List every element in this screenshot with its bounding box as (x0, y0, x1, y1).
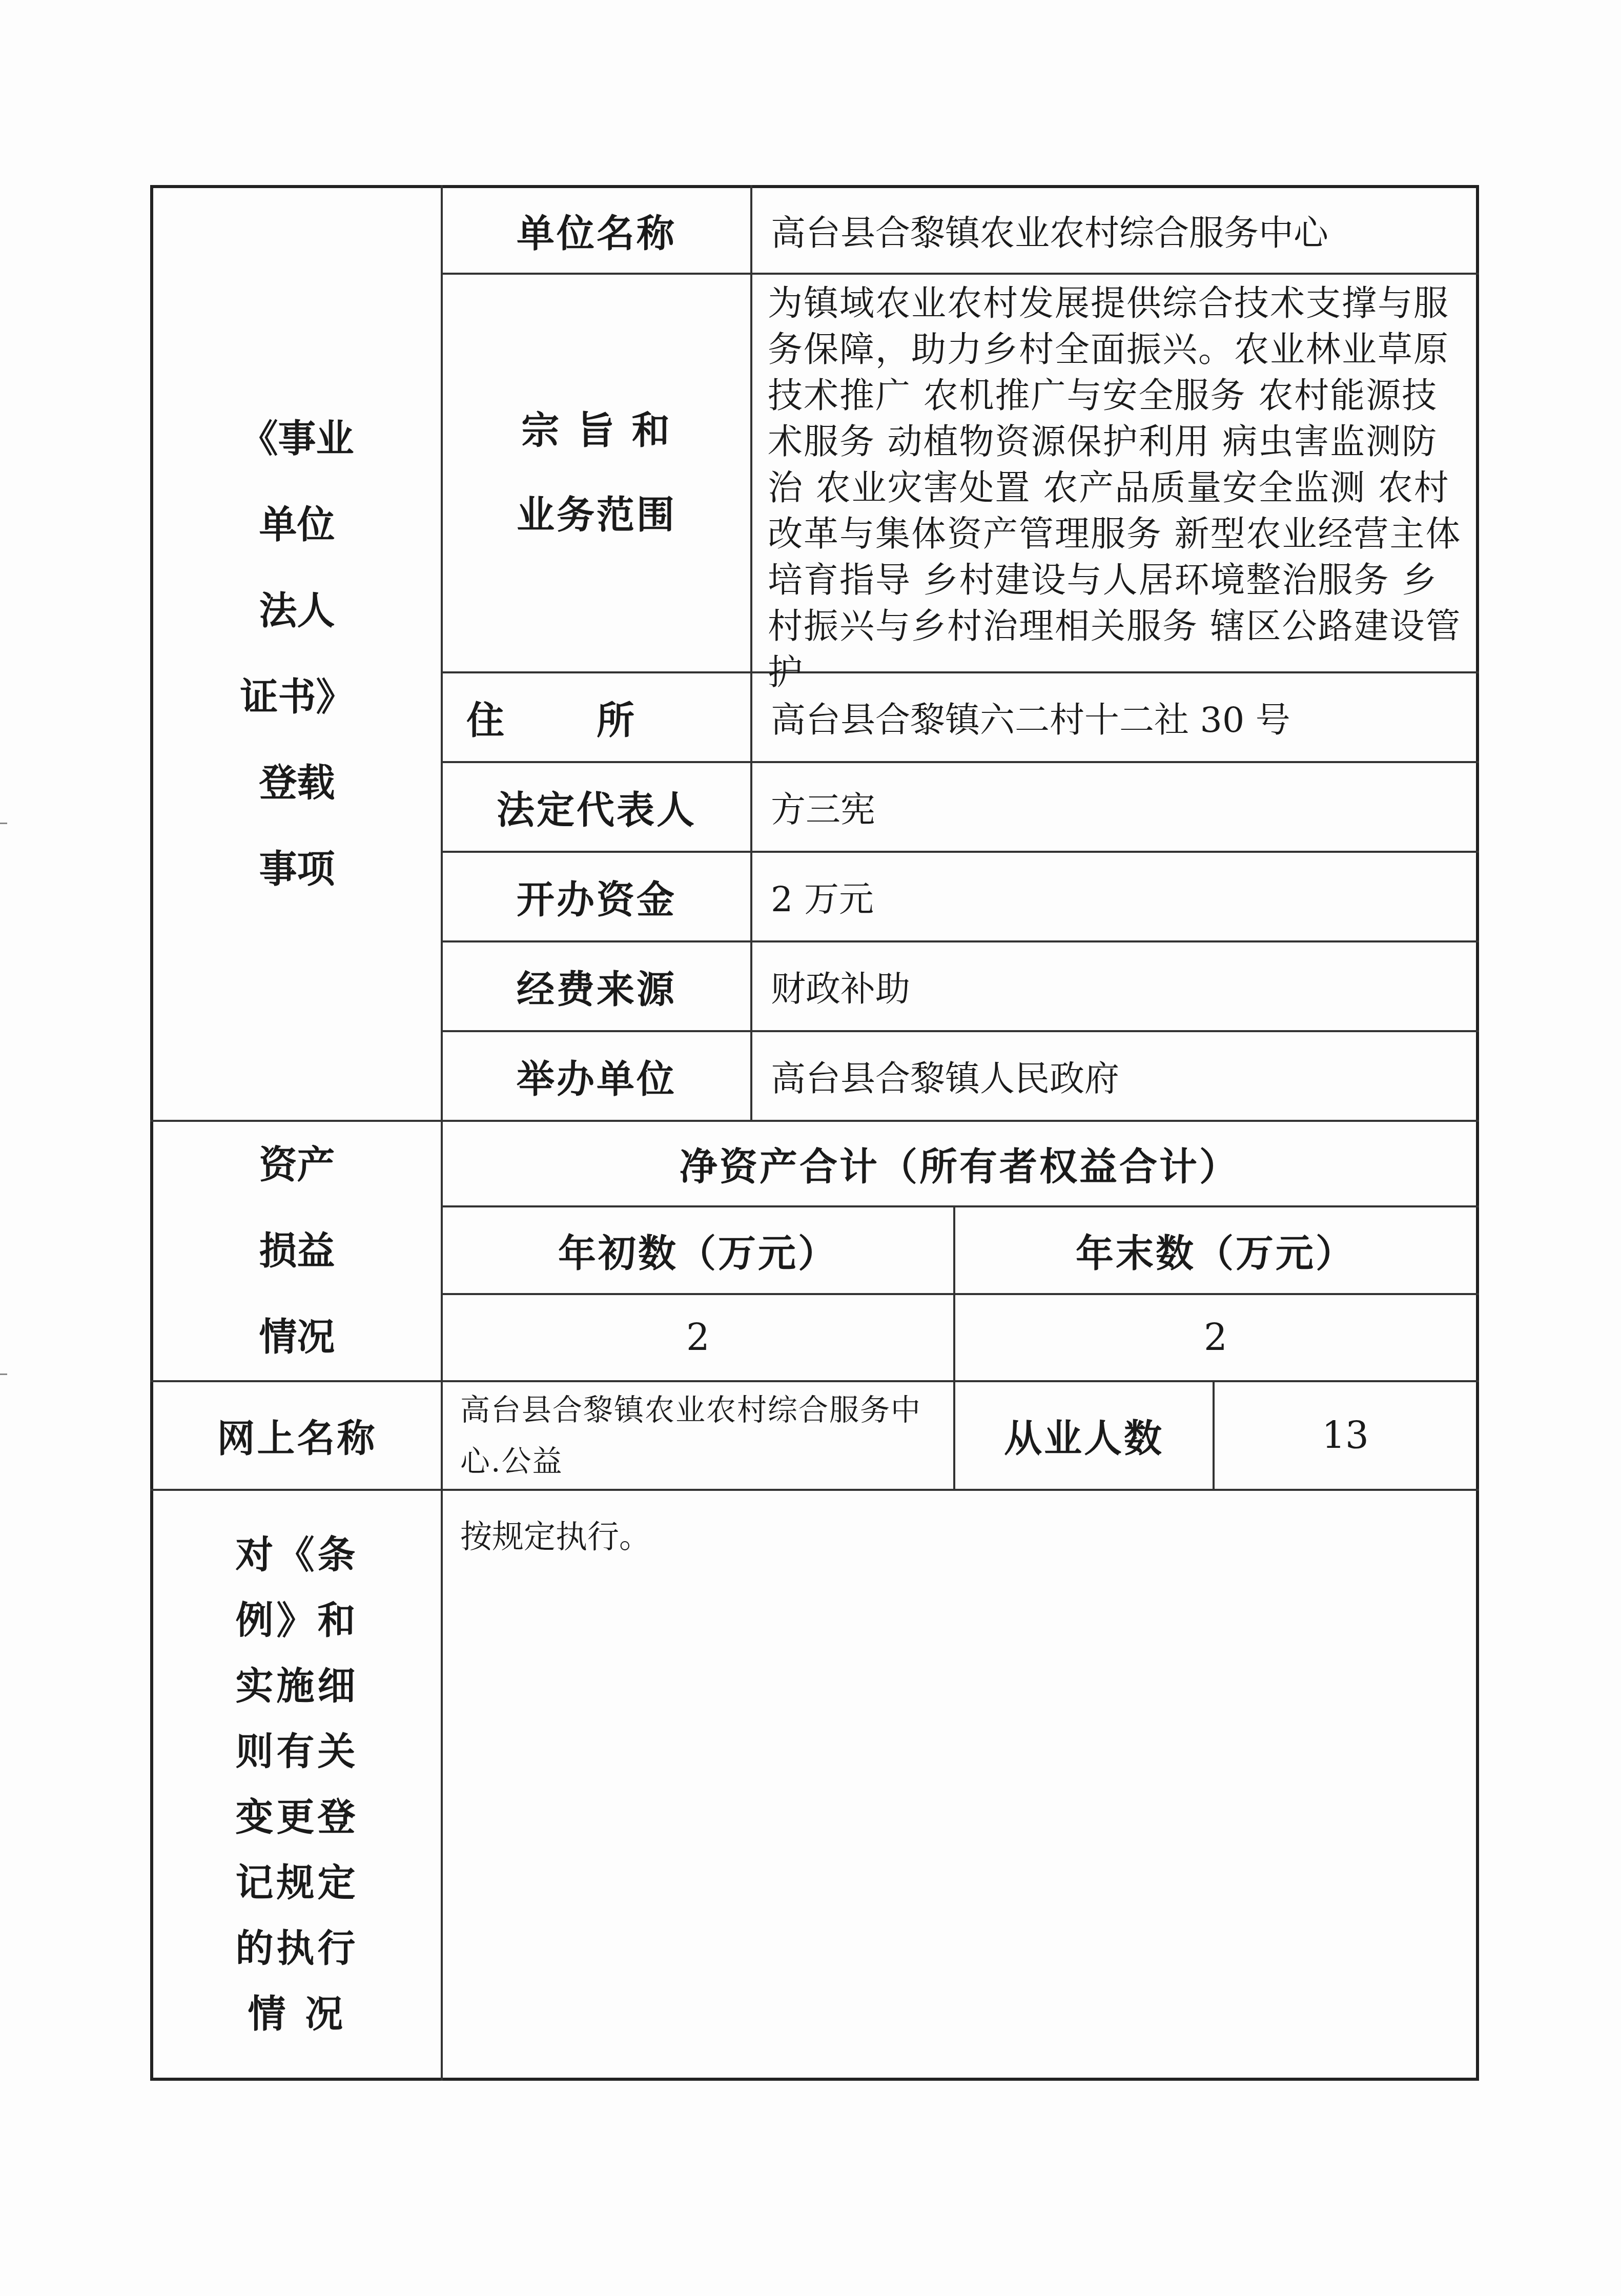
year-start-header: 年初数（万元） (443, 1207, 953, 1293)
side-label-line: 的执行 (153, 1916, 441, 1981)
side-label-line: 资产 (153, 1122, 441, 1208)
legal-rep-label: 法定代表人 (443, 763, 750, 851)
scope-value: 为镇域农业农村发展提供综合技术支撑与服务保障，助力乡村全面振兴。农业林业草原技术… (752, 275, 1476, 671)
online-name-value: 高台县合黎镇农业农村综合服务中心.公益 (443, 1382, 953, 1489)
side-label-line: 记规定 (153, 1850, 441, 1916)
side-label-line: 变更登 (153, 1785, 441, 1850)
side-label-line: 情况 (153, 1294, 441, 1380)
side-label-line: 单位 (153, 482, 441, 568)
staff-count-value: 13 (1215, 1382, 1476, 1489)
side-label-line: 例》和 (153, 1588, 441, 1653)
unit-name-label: 单位名称 (443, 188, 750, 273)
sponsor-value: 高台县合黎镇人民政府 (752, 1032, 1476, 1120)
funding-source-value: 财政补助 (752, 942, 1476, 1030)
assets-section-label: 资产 损益 情况 (153, 1122, 441, 1380)
address-label: 住所 (443, 673, 750, 761)
startup-funds-value: 2 万元 (752, 853, 1476, 940)
side-label-line: 情 况 (153, 1981, 441, 2047)
scope-label-line: 业务范围 (517, 473, 676, 558)
unit-name-value: 高台县合黎镇农业农村综合服务中心 (752, 188, 1476, 273)
side-label-line: 则有关 (153, 1719, 441, 1785)
startup-funds-label: 开办资金 (443, 853, 750, 940)
year-end-header: 年末数（万元） (955, 1207, 1476, 1293)
side-label-line: 证书》 (153, 654, 441, 740)
side-label-line: 登载 (153, 740, 441, 826)
regulation-value: 按规定执行。 (443, 1491, 1476, 2078)
regulation-section-label: 对《条 例》和 实施细 则有关 变更登 记规定 的执行 情 况 (153, 1491, 441, 2078)
side-label-line: 损益 (153, 1208, 441, 1294)
year-end-value: 2 (955, 1295, 1476, 1380)
net-assets-header: 净资产合计（所有者权益合计） (443, 1122, 1476, 1205)
scope-label: 宗 旨 和 业务范围 (443, 275, 750, 671)
year-start-value: 2 (443, 1295, 953, 1380)
side-label-line: 《事业 (153, 396, 441, 482)
legal-rep-value: 方三宪 (752, 763, 1476, 851)
scope-label-line: 宗 旨 和 (521, 388, 672, 473)
staff-count-label: 从业人数 (955, 1382, 1213, 1489)
address-value: 高台县合黎镇六二村十二社 30 号 (752, 673, 1476, 761)
certificate-section-label: 《事业 单位 法人 证书》 登载 事项 (153, 188, 441, 1120)
side-label-line: 事项 (153, 826, 441, 912)
side-label-line: 对《条 (153, 1522, 441, 1588)
scan-mark (0, 823, 7, 824)
side-label-line: 法人 (153, 568, 441, 654)
online-name-label: 网上名称 (153, 1382, 441, 1489)
scan-mark (0, 1373, 7, 1375)
sponsor-label: 举办单位 (443, 1032, 750, 1120)
funding-source-label: 经费来源 (443, 942, 750, 1030)
side-label-line: 实施细 (153, 1653, 441, 1719)
